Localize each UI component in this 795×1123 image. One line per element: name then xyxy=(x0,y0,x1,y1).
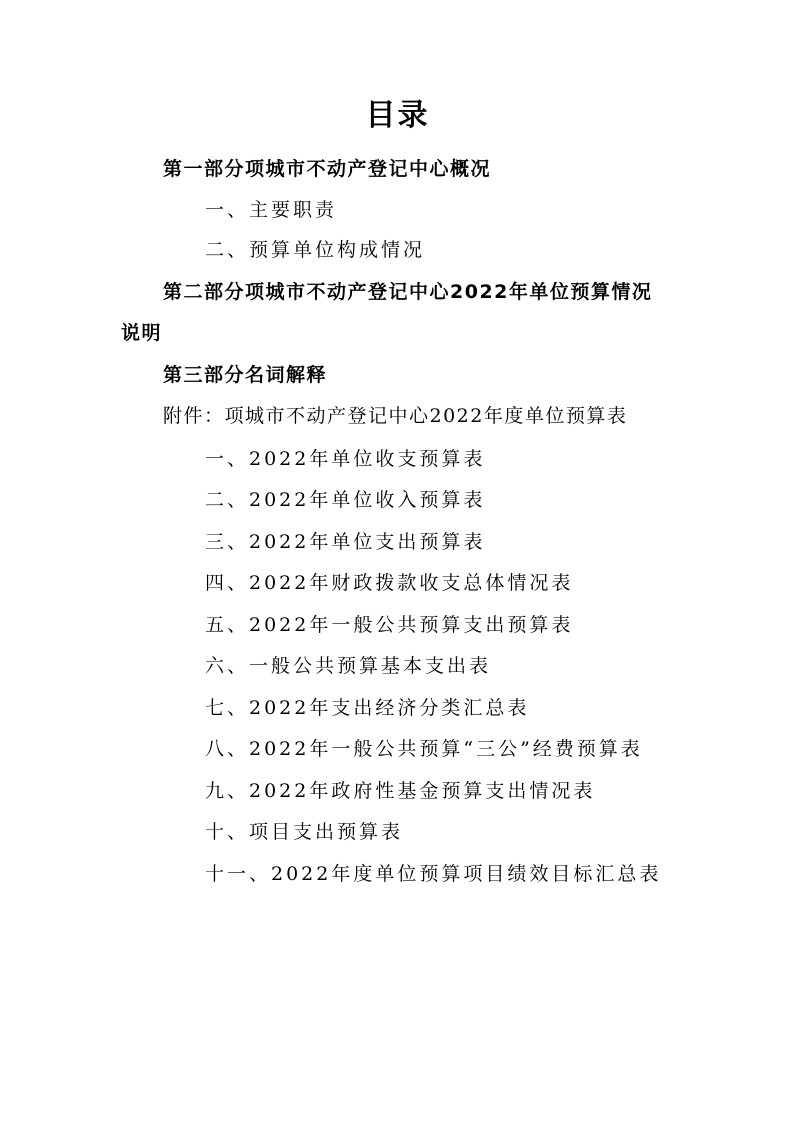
toc-appendix-item[interactable]: 九、2022年政府性基金预算支出情况表 xyxy=(205,779,595,803)
document-page: 目录 第一部分项城市不动产登记中心概况 一、主要职责 二、预算单位构成情况 第二… xyxy=(0,0,795,1123)
toc-part-one[interactable]: 第一部分项城市不动产登记中心概况 xyxy=(163,157,491,181)
toc-appendix-item[interactable]: 十一、2022年度单位预算项目绩效目标汇总表 xyxy=(205,862,661,886)
toc-appendix-item[interactable]: 六、一般公共预算基本支出表 xyxy=(205,654,491,678)
toc-part-two[interactable]: 第二部分项城市不动产登记中心2022年单位预算情况 xyxy=(163,280,652,304)
toc-appendix-item[interactable]: 八、2022年一般公共预算“三公”经费预算表 xyxy=(205,737,643,761)
toc-part-two-continued[interactable]: 说明 xyxy=(121,321,162,345)
toc-appendix-item[interactable]: 五、2022年一般公共预算支出预算表 xyxy=(205,613,573,637)
page-title: 目录 xyxy=(0,98,795,134)
toc-appendix-item[interactable]: 七、2022年支出经济分类汇总表 xyxy=(205,696,529,720)
toc-part-three[interactable]: 第三部分名词解释 xyxy=(163,363,327,387)
toc-appendix-item[interactable]: 三、2022年单位支出预算表 xyxy=(205,530,485,554)
toc-appendix-item[interactable]: 十、项目支出预算表 xyxy=(205,820,403,844)
toc-appendix-item[interactable]: 二、2022年单位收入预算表 xyxy=(205,488,485,512)
toc-appendix-heading[interactable]: 附件：项城市不动产登记中心2022年度单位预算表 xyxy=(163,404,627,428)
toc-item-main-duties[interactable]: 一、主要职责 xyxy=(205,198,337,222)
toc-item-unit-composition[interactable]: 二、预算单位构成情况 xyxy=(205,238,425,262)
toc-appendix-item[interactable]: 四、2022年财政拨款收支总体情况表 xyxy=(205,571,573,595)
toc-appendix-item[interactable]: 一、2022年单位收支预算表 xyxy=(205,447,485,471)
